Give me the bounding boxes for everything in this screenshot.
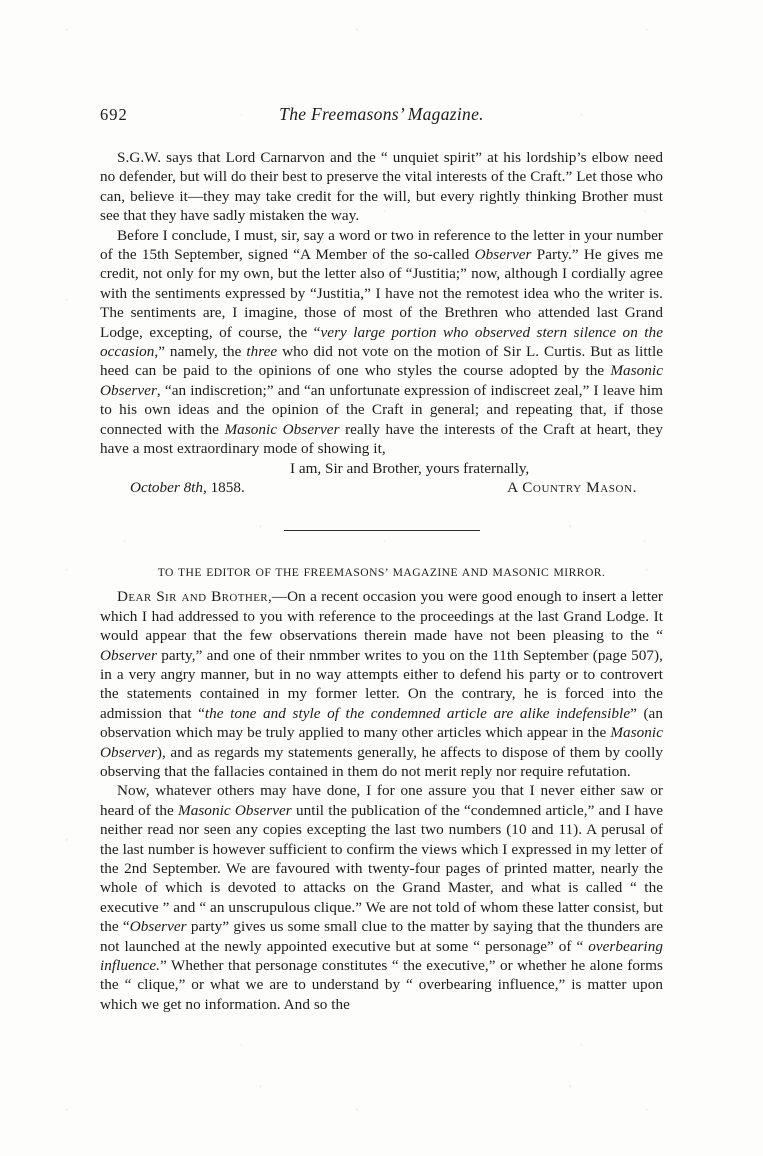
section-divider xyxy=(284,530,480,531)
page-header: 692 The Freemasons’ Magazine. xyxy=(100,104,663,125)
paragraph: Now, whatever others may have done, I fo… xyxy=(100,781,663,1014)
letter-heading: TO THE EDITOR OF THE FREEMASONS’ MAGAZIN… xyxy=(100,566,663,579)
signature: A Country Mason. xyxy=(507,478,637,497)
paragraph: S.G.W. says that Lord Carnarvon and the … xyxy=(100,148,663,226)
letter-to-editor: TO THE EDITOR OF THE FREEMASONS’ MAGAZIN… xyxy=(100,566,663,1014)
valediction: I am, Sir and Brother, yours fraternally… xyxy=(290,459,663,478)
paragraph: Before I conclude, I must, sir, say a wo… xyxy=(100,226,663,459)
paragraph: Dear Sir and Brother,—On a recent occasi… xyxy=(100,587,663,781)
signature-row: October 8th, 1858. A Country Mason. xyxy=(100,478,663,497)
page-number: 692 xyxy=(100,105,279,125)
journal-title: The Freemasons’ Magazine. xyxy=(279,104,484,125)
letter-date: October 8th, 1858. xyxy=(130,478,245,497)
magazine-page: 692 The Freemasons’ Magazine. S.G.W. say… xyxy=(0,0,763,1156)
letter-country-mason: S.G.W. says that Lord Carnarvon and the … xyxy=(100,148,663,497)
